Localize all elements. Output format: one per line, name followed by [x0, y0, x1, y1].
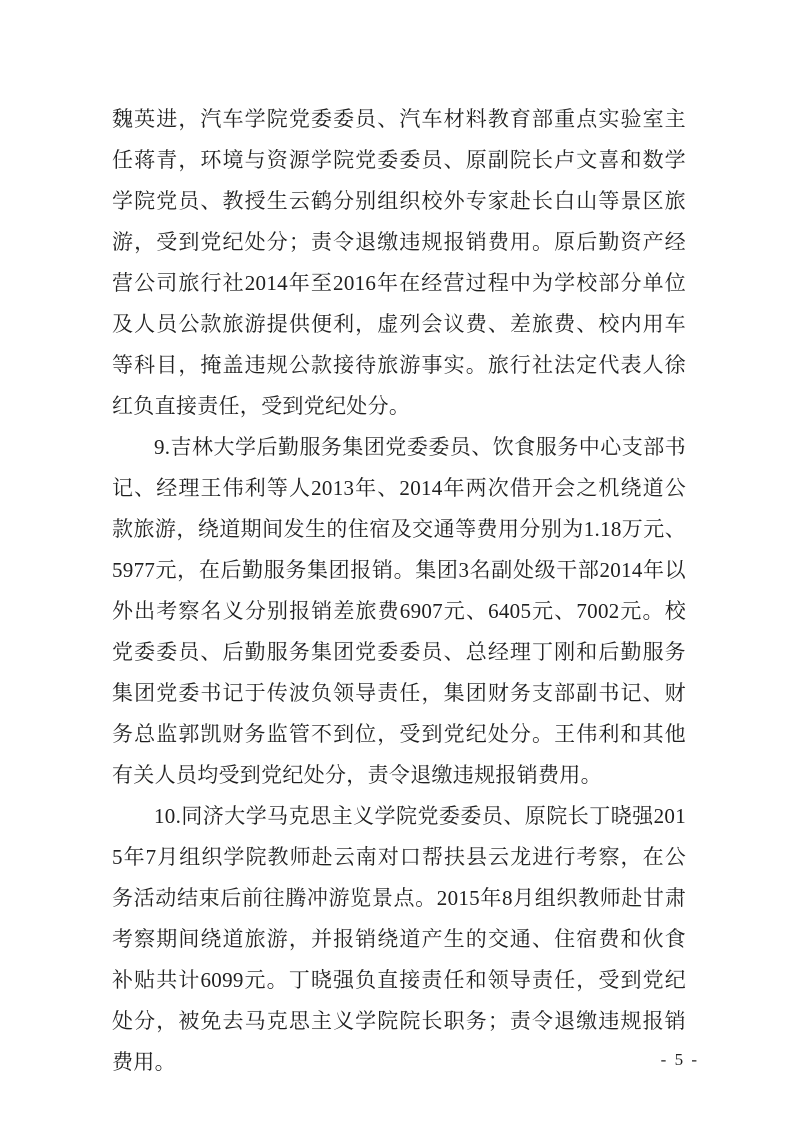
body-paragraph: 魏英进，汽车学院党委委员、汽车材料教育部重点实验室主任蒋青，环境与资源学院党委委…	[112, 99, 686, 427]
body-paragraph: 9.吉林大学后勤服务集团党委委员、饮食服务中心支部书记、经理王伟利等人2013年…	[112, 427, 686, 796]
document-body: 魏英进，汽车学院党委委员、汽车材料教育部重点实验室主任蒋青，环境与资源学院党委委…	[112, 99, 686, 1083]
page-number: - 5 -	[661, 1050, 699, 1070]
document-page: 魏英进，汽车学院党委委员、汽车材料教育部重点实验室主任蒋青，环境与资源学院党委委…	[0, 0, 799, 1131]
body-paragraph: 10.同济大学马克思主义学院党委委员、原院长丁晓强2015年7月组织学院教师赴云…	[112, 796, 686, 1083]
